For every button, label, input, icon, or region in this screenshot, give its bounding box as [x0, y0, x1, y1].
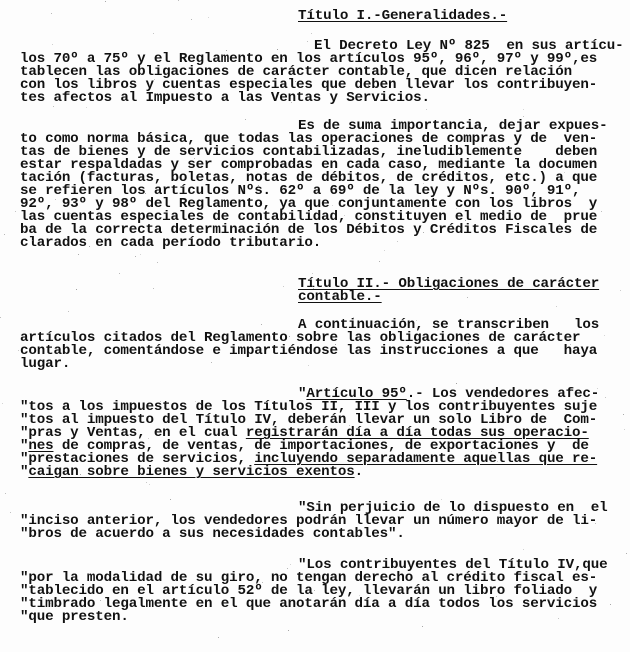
text-line: contable, comentándose e impartiéndose l…	[20, 345, 597, 358]
scan-noise	[312, 286, 313, 287]
scan-noise	[157, 262, 158, 263]
text-line: clarados en cada período tributario.	[20, 237, 321, 250]
scan-noise	[291, 102, 292, 103]
scan-noise	[49, 573, 50, 574]
text-line: "que presten.	[20, 611, 129, 624]
scan-noise	[54, 137, 55, 138]
scan-noise	[258, 185, 259, 186]
scan-noise	[458, 67, 459, 68]
scan-noise	[259, 443, 260, 444]
section-title-2-line: contable.-	[298, 291, 382, 304]
scan-noise	[277, 58, 278, 59]
scan-noise	[476, 43, 477, 44]
scan-noise	[544, 287, 545, 288]
scan-noise	[310, 149, 311, 150]
scan-noise	[35, 167, 36, 168]
scan-noise	[386, 352, 387, 353]
scan-noise	[313, 288, 314, 289]
scan-noise	[5, 493, 6, 494]
scan-noise	[261, 324, 262, 325]
scan-noise	[289, 336, 290, 337]
scan-noise	[288, 630, 289, 631]
scan-noise	[146, 482, 147, 483]
scan-noise	[423, 232, 424, 233]
scan-noise	[31, 612, 32, 613]
scan-noise	[523, 109, 524, 110]
scan-noise	[119, 273, 120, 274]
scan-noise	[154, 79, 155, 80]
scan-noise	[170, 499, 171, 500]
scan-noise	[226, 50, 227, 51]
scan-noise	[470, 417, 471, 418]
scan-noise	[283, 286, 284, 287]
scan-noise	[474, 602, 475, 603]
scan-noise	[135, 256, 136, 257]
scan-noise	[570, 344, 571, 345]
scan-noise	[426, 109, 427, 110]
scan-noise	[86, 107, 87, 108]
scan-noise	[422, 626, 423, 627]
scan-noise	[441, 499, 442, 500]
scan-noise	[148, 438, 149, 439]
scan-noise	[173, 229, 174, 230]
scan-noise	[78, 254, 79, 255]
scan-noise	[211, 362, 212, 363]
scan-noise	[332, 205, 333, 206]
scan-noise	[497, 461, 498, 462]
scan-noise	[464, 173, 465, 174]
scan-noise	[624, 429, 625, 430]
scanned-document-page: Título I.-Generalidades.- El Decreto Ley…	[0, 0, 630, 652]
scan-noise	[411, 88, 412, 89]
text-segment: .	[355, 464, 363, 480]
scan-noise	[456, 383, 457, 384]
scan-noise	[53, 106, 54, 107]
scan-noise	[416, 320, 417, 321]
scan-noise	[523, 116, 524, 117]
scan-noise	[10, 512, 11, 513]
scan-noise	[620, 290, 621, 291]
scan-noise	[191, 19, 192, 20]
scan-noise	[465, 220, 466, 221]
text-line: "caigan sobre bienes y servicios exentos…	[20, 466, 363, 479]
scan-noise	[307, 41, 308, 42]
scan-noise	[18, 350, 19, 351]
text-line: lugar.	[20, 358, 70, 371]
scan-noise	[178, 0, 179, 1]
scan-noise	[486, 229, 487, 230]
scan-noise	[145, 193, 146, 194]
scan-noise	[604, 335, 605, 336]
scan-noise	[290, 564, 291, 565]
scan-noise	[283, 58, 284, 59]
scan-noise	[358, 140, 359, 141]
scan-noise	[245, 119, 246, 120]
scan-noise	[558, 618, 559, 619]
scan-noise	[601, 211, 602, 212]
scan-noise	[610, 604, 611, 605]
scan-noise	[368, 85, 369, 86]
scan-noise	[416, 566, 417, 567]
scan-noise	[314, 590, 315, 591]
scan-noise	[308, 365, 309, 366]
scan-noise	[89, 246, 90, 247]
scan-noise	[217, 151, 218, 152]
scan-noise	[52, 44, 53, 45]
scan-noise	[311, 33, 312, 34]
scan-noise	[68, 311, 69, 312]
scan-noise	[208, 17, 209, 18]
scan-noise	[379, 261, 380, 262]
scan-noise	[429, 461, 430, 462]
scan-noise	[97, 461, 98, 462]
scan-noise	[571, 390, 572, 391]
scan-noise	[353, 317, 354, 318]
scan-noise	[140, 254, 141, 255]
scan-noise	[259, 203, 260, 204]
underlined-segment: caigan sobre bienes y servicios exentos	[28, 464, 354, 480]
scan-noise	[55, 199, 56, 200]
scan-noise	[384, 250, 385, 251]
scan-noise	[195, 401, 196, 402]
scan-noise	[51, 13, 52, 14]
scan-noise	[276, 245, 277, 246]
scan-noise	[344, 215, 345, 216]
scan-noise	[559, 224, 560, 225]
scan-noise	[4, 234, 5, 235]
text-line: tes afectos al Impuesto a las Ventas y S…	[20, 92, 430, 105]
scan-noise	[491, 451, 492, 452]
scan-noise	[160, 401, 161, 402]
scan-noise	[56, 229, 57, 230]
scan-noise	[556, 306, 557, 307]
scan-noise	[292, 163, 293, 164]
scan-noise	[153, 33, 154, 34]
section-title-1: Título I.-Generalidades.-	[298, 10, 507, 23]
scan-noise	[262, 582, 263, 583]
scan-noise	[80, 474, 81, 475]
scan-noise	[0, 317, 1, 318]
scan-noise	[287, 568, 288, 569]
scan-noise	[451, 416, 452, 417]
scan-noise	[2, 403, 3, 404]
scan-noise	[75, 586, 76, 587]
scan-noise	[194, 158, 195, 159]
scan-noise	[605, 397, 606, 398]
scan-noise	[564, 172, 565, 173]
text-line: "bros de acuerdo a sus necesidades conta…	[20, 528, 405, 541]
scan-noise	[295, 81, 296, 82]
scan-noise	[496, 596, 497, 597]
scan-noise	[277, 49, 278, 50]
scan-noise	[90, 95, 91, 96]
scan-noise	[218, 637, 219, 638]
scan-noise	[423, 183, 424, 184]
scan-noise	[100, 600, 101, 601]
scan-noise	[468, 343, 469, 344]
scan-noise	[15, 211, 16, 212]
scan-noise	[595, 523, 596, 524]
scan-noise	[567, 68, 568, 69]
scan-noise	[335, 344, 336, 345]
scan-noise	[523, 549, 524, 550]
scan-noise	[623, 414, 624, 415]
scan-noise	[153, 288, 154, 289]
scan-noise	[32, 240, 33, 241]
scan-noise	[349, 425, 350, 426]
scan-noise	[50, 603, 51, 604]
scan-noise	[397, 241, 398, 242]
scan-noise	[279, 575, 280, 576]
scan-noise	[414, 49, 415, 50]
scan-noise	[472, 510, 473, 511]
scan-noise	[149, 484, 150, 485]
scan-noise	[456, 208, 457, 209]
scan-noise	[597, 388, 598, 389]
scan-noise	[467, 297, 468, 298]
scan-noise	[312, 273, 313, 274]
scan-noise	[105, 1, 106, 2]
scan-noise	[359, 595, 360, 596]
scan-noise	[76, 289, 77, 290]
scan-noise	[70, 213, 71, 214]
scan-noise	[626, 553, 627, 554]
scan-noise	[393, 56, 394, 57]
